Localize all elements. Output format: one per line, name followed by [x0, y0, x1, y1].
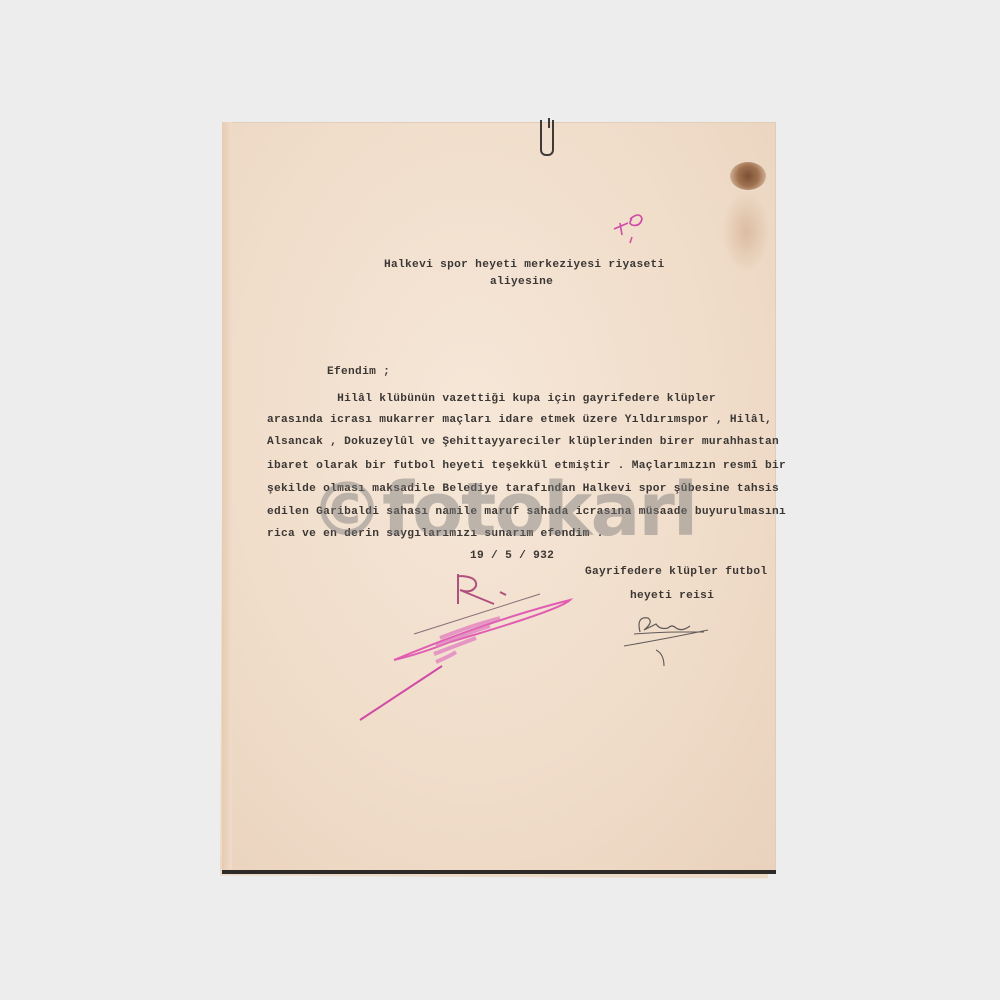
closing-role: heyeti reisi [630, 590, 714, 602]
body-line: arasında icrası mukarrer maçları idare e… [267, 414, 772, 426]
handwritten-initial-scribble [350, 570, 590, 730]
document-addressee-line2: aliyesine [490, 276, 553, 288]
paperclip-icon [540, 120, 554, 156]
stain [730, 162, 766, 190]
document-addressee: Halkevi spor heyeti merkeziyesi riyaseti [384, 259, 665, 271]
closing-title: Gayrifedere klüpler futbol [585, 566, 767, 578]
signature [620, 610, 730, 670]
stain-halo [722, 192, 770, 272]
body-line: Alsancak , Dokuzeylûl ve Şehittayyarecil… [267, 436, 779, 448]
watermark: ©fotokarl [310, 467, 696, 553]
handwritten-number-note [610, 205, 650, 245]
salutation: Efendim ; [327, 366, 390, 378]
body-line: Hilâl klübünün vazettiği kupa için gayri… [267, 393, 716, 405]
document-date: 19 / 5 / 932 [470, 550, 554, 562]
